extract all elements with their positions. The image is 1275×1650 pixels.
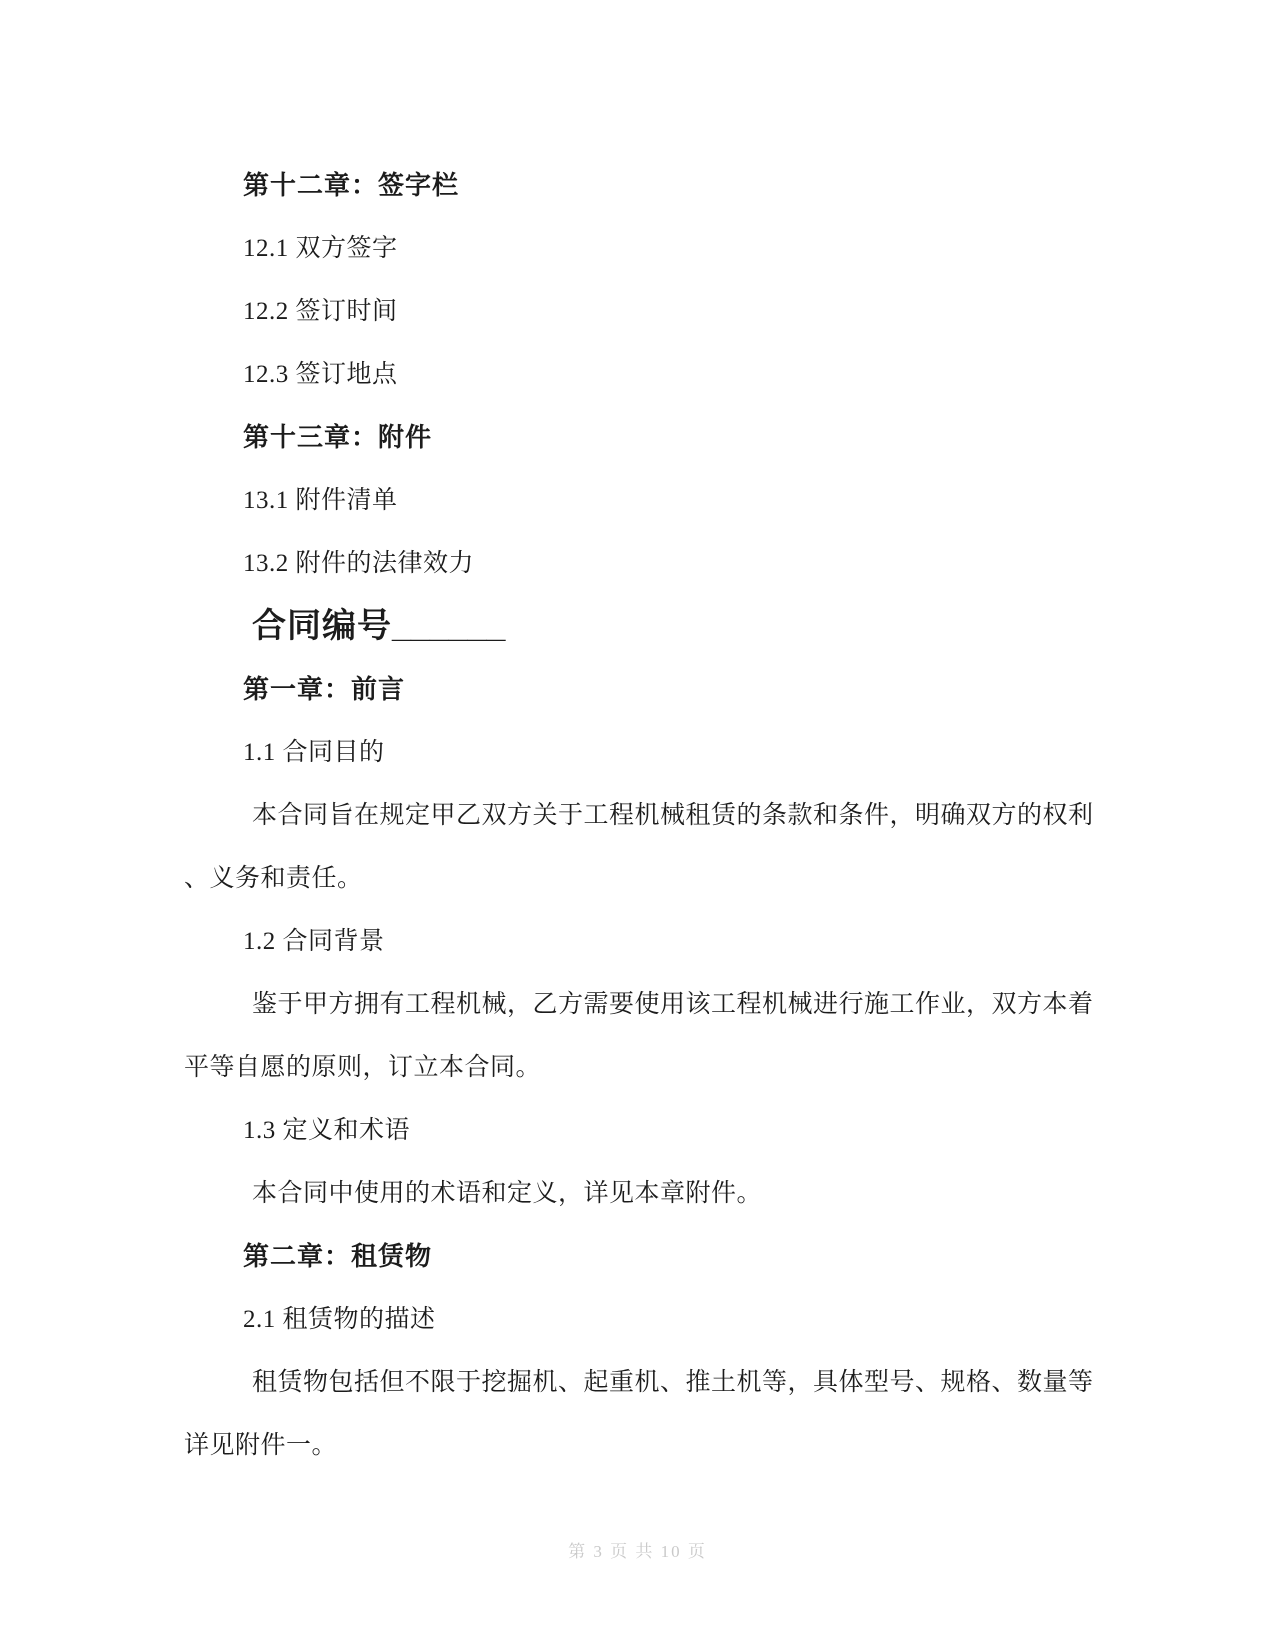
clause-1-1-body-line-1: 本合同旨在规定甲乙双方关于工程机械租赁的条款和条件，明确双方的权利 xyxy=(0,784,1275,847)
clause-12-2: 12.2 签订时间 xyxy=(0,280,1275,343)
chapter-12-heading: 第十二章：签字栏 xyxy=(0,154,1275,217)
chapter-1-heading: 第一章：前言 xyxy=(0,658,1275,721)
clause-13-1: 13.1 附件清单 xyxy=(0,469,1275,532)
clause-12-1: 12.1 双方签字 xyxy=(0,217,1275,280)
clause-1-2-body-line-2: 平等自愿的原则，订立本合同。 xyxy=(0,1036,1275,1099)
contract-number-title: 合同编号______ xyxy=(0,595,1275,658)
chapter-13-heading: 第十三章：附件 xyxy=(0,406,1275,469)
clause-2-1-body-line-1: 租赁物包括但不限于挖掘机、起重机、推土机等，具体型号、规格、数量等 xyxy=(0,1351,1275,1414)
clause-12-3: 12.3 签订地点 xyxy=(0,343,1275,406)
clause-1-2-body-line-1: 鉴于甲方拥有工程机械，乙方需要使用该工程机械进行施工作业，双方本着 xyxy=(0,973,1275,1036)
clause-1-1-body-line-2: 、义务和责任。 xyxy=(0,847,1275,910)
clause-2-1-body-line-2: 详见附件一。 xyxy=(0,1414,1275,1477)
contract-number-label: 合同编号 xyxy=(252,607,392,645)
contract-number-blank-line: ______ xyxy=(392,607,505,645)
document-page: 第十二章：签字栏 12.1 双方签字 12.2 签订时间 12.3 签订地点 第… xyxy=(0,0,1275,1477)
clause-1-3: 1.3 定义和术语 xyxy=(0,1099,1275,1162)
page-number-footer: 第 3 页 共 10 页 xyxy=(0,1537,1275,1567)
clause-13-2: 13.2 附件的法律效力 xyxy=(0,532,1275,595)
clause-2-1: 2.1 租赁物的描述 xyxy=(0,1288,1275,1351)
clause-1-3-body: 本合同中使用的术语和定义，详见本章附件。 xyxy=(0,1162,1275,1225)
chapter-2-heading: 第二章：租赁物 xyxy=(0,1225,1275,1288)
clause-1-1: 1.1 合同目的 xyxy=(0,721,1275,784)
clause-1-2: 1.2 合同背景 xyxy=(0,910,1275,973)
